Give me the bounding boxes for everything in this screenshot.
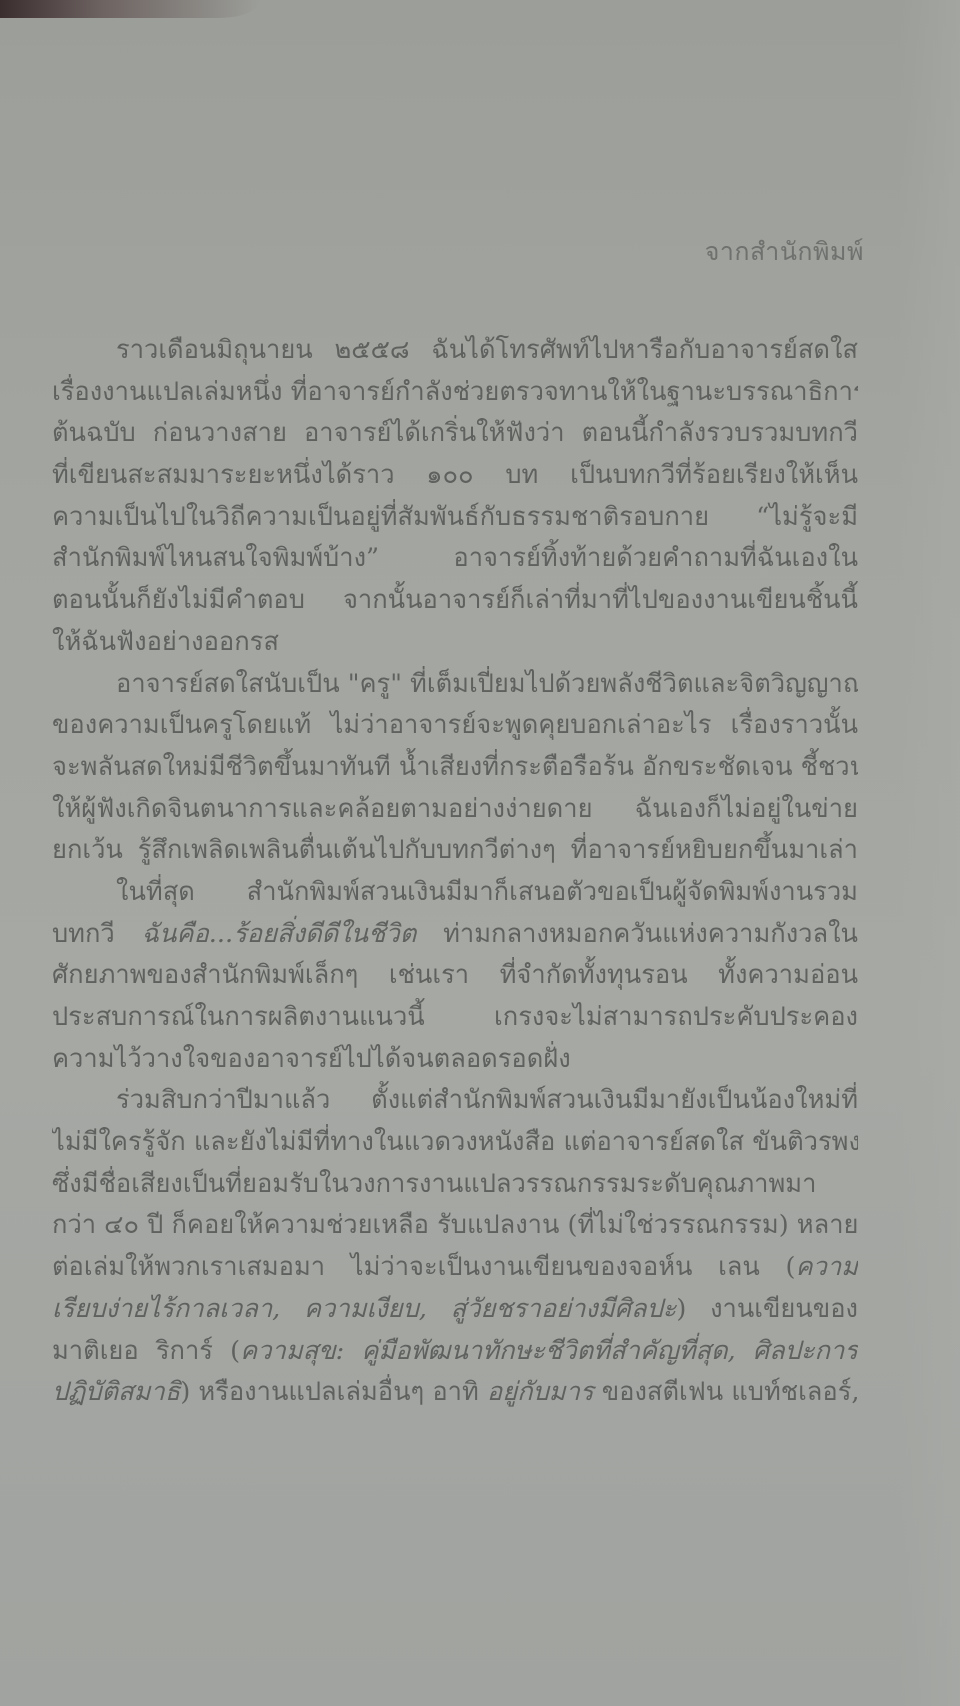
body-text: ราวเดือนมิถุนายน ๒๕๕๘ ฉันได้โทรศัพท์ไปหา… <box>52 330 858 1414</box>
text-line: ยกเว้น รู้สึกเพลิดเพลินตื่นเต้นไปกับบทกว… <box>52 830 858 872</box>
text-line: ศักยภาพของสำนักพิมพ์เล็กๆ เช่นเรา ที่จำก… <box>52 955 858 997</box>
text-line: ต่อเล่มให้พวกเราเสมอมา ไม่ว่าจะเป็นงานเข… <box>52 1247 858 1289</box>
text-line: เรื่องงานแปลเล่มหนึ่ง ที่อาจารย์กำลังช่ว… <box>52 372 858 414</box>
text-line: จะพลันสดใหม่มีชีวิตขึ้นมาทันที น้ำเสียงท… <box>52 747 858 789</box>
text-line: บทกวี ฉันคือ...ร้อยสิ่งดีดีในชีวิต ท่ามก… <box>52 914 858 956</box>
section-title: จากสำนักพิมพ์ <box>705 232 864 272</box>
text-line: เรียบง่ายไร้กาลเวลา, ความเงียบ, สู่วัยชร… <box>52 1289 858 1331</box>
text-line: ซึ่งมีชื่อเสียงเป็นที่ยอมรับในวงการงานแป… <box>52 1164 858 1206</box>
text-fragment: ของสตีเฟน แบท์ชเลอร์, <box>594 1377 858 1407</box>
text-line: สำนักพิมพ์ไหนสนใจพิมพ์บ้าง” อาจารย์ทิ้งท… <box>52 538 858 580</box>
text-line: ความไว้วางใจของอาจารย์ไปได้จนตลอดรอดฝั่ง <box>52 1039 858 1081</box>
text-line: ในที่สุด สำนักพิมพ์สวนเงินมีมาก็เสนอตัวข… <box>52 872 858 914</box>
text-fragment: ต่อเล่มให้พวกเราเสมอมา ไม่ว่าจะเป็นงานเข… <box>52 1252 795 1282</box>
text-line: ร่วมสิบกว่าปีมาแล้ว ตั้งแต่สำนักพิมพ์สวน… <box>52 1080 858 1122</box>
book-title: เรียบง่ายไร้กาลเวลา, ความเงียบ, สู่วัยชร… <box>52 1294 676 1324</box>
text-line: ที่เขียนสะสมมาระยะหนึ่งได้ราว ๑๐๐ บท เป็… <box>52 455 858 497</box>
book-title: ฉันคือ...ร้อยสิ่งดีดีในชีวิต <box>142 919 417 949</box>
book-title: ความสุข: คู่มือพัฒนาทักษะชีวิตที่สำคัญที… <box>240 1336 858 1366</box>
text-fragment: บทกวี <box>52 919 142 949</box>
text-line: ไม่มีใครรู้จัก และยังไม่มีที่ทางในแวดวงห… <box>52 1122 858 1164</box>
text-line: ตอนนั้นก็ยังไม่มีคำตอบ จากนั้นอาจารย์ก็เ… <box>52 580 858 622</box>
text-fragment: มาติเยอ ริการ์ ( <box>52 1336 240 1366</box>
text-line: กว่า ๔๐ ปี ก็คอยให้ความช่วยเหลือ รับแปลง… <box>52 1205 858 1247</box>
text-line: มาติเยอ ริการ์ (ความสุข: คู่มือพัฒนาทักษ… <box>52 1331 858 1373</box>
text-fragment: ท่ามกลางหมอกควันแห่งความกังวลใน <box>416 919 858 949</box>
text-line: ให้ฉันฟังอย่างออกรส <box>52 622 858 664</box>
text-line: ต้นฉบับ ก่อนวางสาย อาจารย์ได้เกริ่นให้ฟั… <box>52 413 858 455</box>
text-line: ปฏิบัติสมาธิ) หรืองานแปลเล่มอื่นๆ อาทิ อ… <box>52 1372 858 1414</box>
text-line: ราวเดือนมิถุนายน ๒๕๕๘ ฉันได้โทรศัพท์ไปหา… <box>52 330 858 372</box>
text-line: ของความเป็นครูโดยแท้ ไม่ว่าอาจารย์จะพูดค… <box>52 705 858 747</box>
text-line: ประสบการณ์ในการผลิตงานแนวนี้ เกรงจะไม่สา… <box>52 997 858 1039</box>
book-title: อยู่กับมาร <box>487 1377 594 1407</box>
book-page: จากสำนักพิมพ์ ราวเดือนมิถุนายน ๒๕๕๘ ฉันไ… <box>0 0 960 1706</box>
book-title: ความ <box>795 1252 858 1282</box>
text-line: ความเป็นไปในวิถีความเป็นอยู่ที่สัมพันธ์ก… <box>52 497 858 539</box>
book-title: ปฏิบัติสมาธิ <box>52 1377 180 1407</box>
text-line: อาจารย์สดใสนับเป็น "ครู" ที่เต็มเปี่ยมไป… <box>52 664 858 706</box>
text-fragment: ) งานเขียนของ <box>676 1294 858 1324</box>
text-line: ให้ผู้ฟังเกิดจินตนาการและคล้อยตามอย่างง่… <box>52 789 858 831</box>
text-fragment: ) หรืองานแปลเล่มอื่นๆ อาทิ <box>180 1377 487 1407</box>
